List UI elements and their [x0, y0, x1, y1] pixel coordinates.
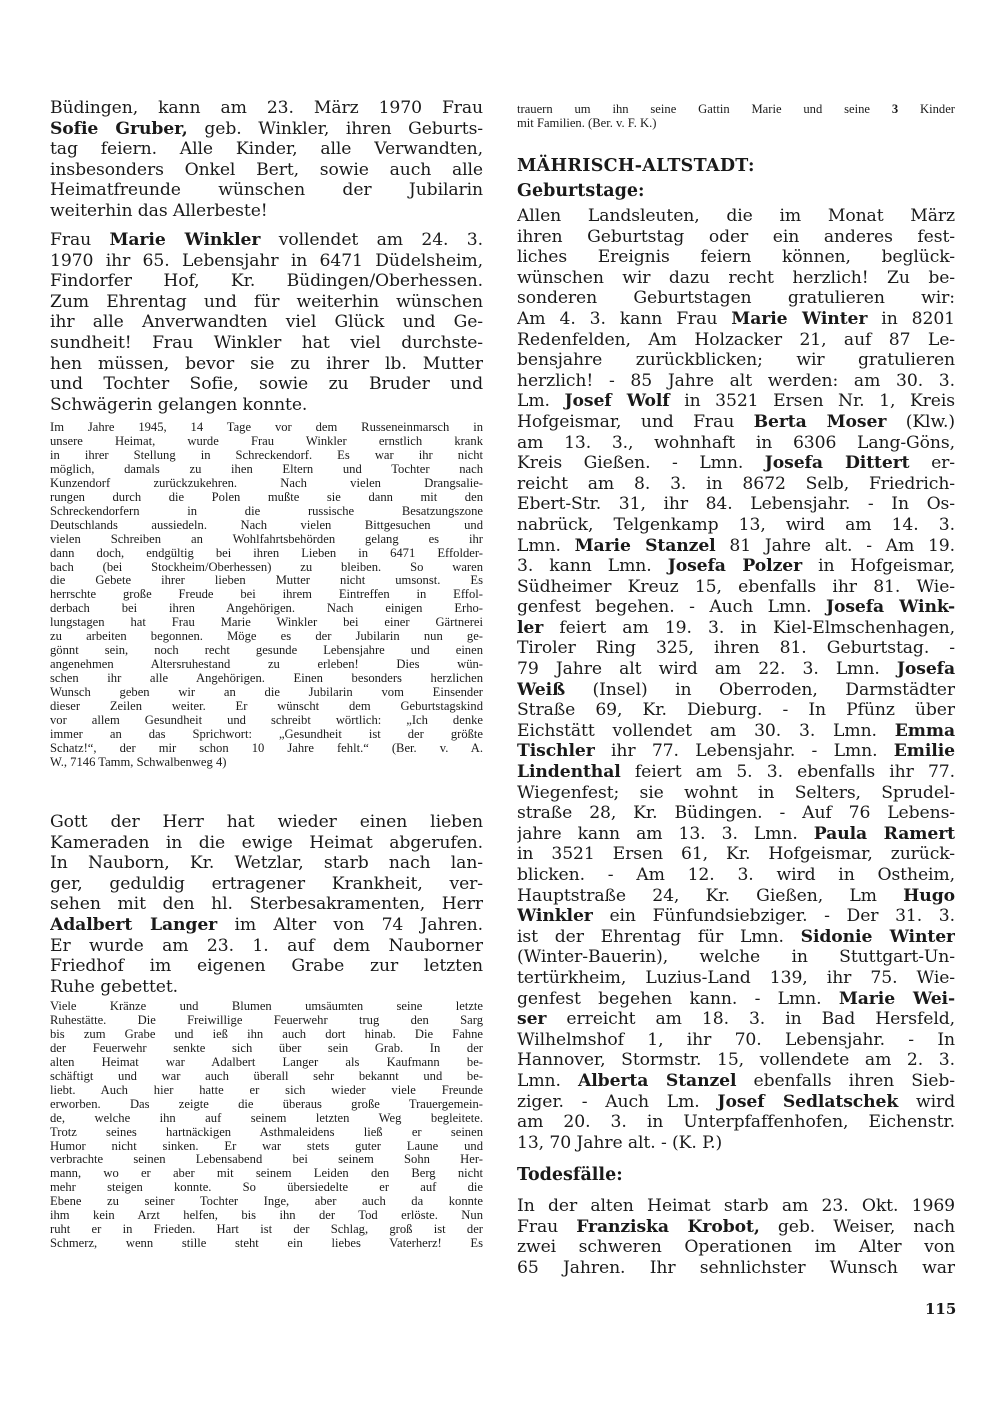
- bold-name: Alberta Stanzel: [578, 1071, 736, 1091]
- text-line: 3. kann Lmn. Josefa Polzer in Hofgeismar…: [517, 556, 955, 577]
- bold-name: Hugo: [903, 886, 955, 906]
- text-line: ziger. - Auch Lm. Josef Sedlatschek wird: [517, 1092, 955, 1113]
- text-line: nabrück, Telgenkamp 13, wird am 14. 3.: [517, 515, 955, 536]
- text-line: Friedhof im eigenen Grabe zur letzten: [50, 956, 483, 977]
- text-line: Wunsch geben wir an die Jubilarin vom Ei…: [50, 686, 483, 700]
- text-line: Ebert-Str. 31, ihr 84. Lebensjahr. - In …: [517, 494, 955, 515]
- text-line: Hauptstraße 24, Kr. Gießen, Lm Hugo: [517, 886, 955, 907]
- text-line: ger, geduldig ertragener Krankheit, ver-: [50, 874, 483, 895]
- text-line: Viele Kränze und Blumen umsäumten seine …: [50, 1000, 483, 1014]
- bold-name: Paula Ramert: [814, 824, 955, 844]
- bold-name: Josef Sedlatschek: [717, 1092, 898, 1112]
- text-line: ihren Geburtstag oder ein anderes fest-: [517, 227, 955, 248]
- text-line: zwei schweren Operationen im Alter von: [517, 1237, 955, 1258]
- text-line: tag feiern. Alle Kinder, alle Verwandten…: [50, 139, 483, 160]
- text-line: dieser Zeilen weiter. Er wünscht dem Geb…: [50, 700, 483, 714]
- text-line: blicken. - Am 12. 3. wird in Ostheim,: [517, 865, 955, 886]
- text-line: und Tochter Sofie, sowie zu Bruder und: [50, 374, 483, 395]
- text-line: 79 Jahre alt wird am 22. 3. Lmn. Josefa: [517, 659, 955, 680]
- text-line: Kunzendorf zurückzukehren. Nach vielen D…: [50, 477, 483, 491]
- bold-name: Berta Moser: [754, 412, 887, 432]
- text-line: ser erreicht am 18. 3. in Bad Hersfeld,: [517, 1009, 955, 1030]
- bold-name: Josefa Wink-: [826, 597, 955, 617]
- text-line: bis zum Grabe und ieß ihn auch dort hina…: [50, 1028, 483, 1042]
- text-line: trauern um ihn seine Gattin Marie und se…: [517, 103, 955, 117]
- text-line: Schmerz, wenn stille steht ein liebes Va…: [50, 1237, 483, 1251]
- text-line: wünschen wir dazu recht herzlich! Zu be-: [517, 268, 955, 289]
- text-line: Allen Landsleuten, die im Monat März: [517, 206, 955, 227]
- text-line: Tischler ihr 77. Lebensjahr. - Lmn. Emil…: [517, 741, 955, 762]
- bold-name: Franziska Krobot,: [576, 1217, 760, 1237]
- bold-name: Marie Winkler: [109, 230, 260, 250]
- text-line: herrschte große Freude bei ihrem Eintref…: [50, 588, 483, 602]
- bold-name: Weiß: [517, 680, 565, 700]
- text-line: am 20. 3. in Unterpfaffenhofen, Eichenst…: [517, 1112, 955, 1133]
- bold-name: Emma: [895, 721, 955, 741]
- text-line: Ruhe gebettet.: [50, 977, 483, 998]
- text-line: Redenfelden, Am Holzacker 21, auf 87 Le-: [517, 330, 955, 351]
- text-line: Lmn. Marie Stanzel 81 Jahre alt. - Am 19…: [517, 536, 955, 557]
- bold-name: ler: [517, 618, 543, 638]
- text-line: erworben. Das zeigte die überaus große T…: [50, 1098, 483, 1112]
- text-line: ihm kein Arzt helfen, bis ihn der Tod er…: [50, 1209, 483, 1223]
- text-line: rungen durch die Polen mußte sie dann mi…: [50, 491, 483, 505]
- text-line: Lindenthal feiert am 5. 3. ebenfalls ihr…: [517, 762, 955, 783]
- text-line: Ruhestätte. Die Freiwillige Feuerwehr tr…: [50, 1014, 483, 1028]
- text-line: Schatz!“, der mir schon 10 Jahre fehlt.“…: [50, 742, 483, 756]
- text-line: alten Heimat war Adalbert Langer als Kau…: [50, 1056, 483, 1070]
- bold-name: 3: [892, 103, 898, 116]
- paragraph-sofie-gruber: Büdingen, kann am 23. März 1970 FrauSofi…: [50, 98, 483, 222]
- text-line: Heimatfreunde wünschen der Jubilarin: [50, 180, 483, 201]
- bold-name: Josefa: [897, 659, 955, 679]
- bold-name: Sidonie Winter: [801, 927, 955, 947]
- paragraph-marie-winkler-story: Im Jahre 1945, 14 Tage vor dem Russenein…: [50, 421, 483, 770]
- bold-name: Josefa Polzer: [668, 556, 802, 576]
- text-line: Sofie Gruber, geb. Winkler, ihren Geburt…: [50, 119, 483, 140]
- text-line: herzlich! - 85 Jahre alt werden: am 30. …: [517, 371, 955, 392]
- text-line: derbach bei ihren Angehörigen. Nach eini…: [50, 602, 483, 616]
- text-line: ler feiert am 19. 3. in Kiel-Elmschenhag…: [517, 618, 955, 639]
- text-line: unsere Heimat, wurde Frau Winkler ernstl…: [50, 435, 483, 449]
- text-line: zu arbeiten begonnen. Möge es der Jubila…: [50, 630, 483, 644]
- text-line: ruht er in Frieden. Hart ist der Schlag,…: [50, 1223, 483, 1237]
- text-line: Findorfer Hof, Kr. Büdingen/Oberhessen.: [50, 271, 483, 292]
- paragraph-adalbert-langer-obituary: Gott der Herr hat wieder einen liebenKam…: [50, 812, 483, 997]
- text-line: in ihrer Stellung in Schreckendorf. Es w…: [50, 449, 483, 463]
- text-line: liebt. Auch hier hatte er sich wieder vi…: [50, 1084, 483, 1098]
- text-line: Straße 69, Kr. Dieburg. - In Pfünz über: [517, 700, 955, 721]
- text-line: liches Ereignis feiern können, beglück-: [517, 247, 955, 268]
- text-line: möglich, damals zu ihen Eltern und Tocht…: [50, 463, 483, 477]
- bold-name: Adalbert Langer: [50, 915, 217, 935]
- text-line: genfest begehen kann. - Lmn. Marie Wei-: [517, 989, 955, 1010]
- bold-name: Marie Stanzel: [575, 536, 716, 556]
- page-number: 115: [925, 1300, 956, 1318]
- text-line: schäftigt und war auch überall sehr beka…: [50, 1070, 483, 1084]
- paragraph-franziska-krobot: In der alten Heimat starb am 23. Okt. 19…: [517, 1196, 955, 1278]
- text-line: dann doch, endgültig bei ihren Lieben in…: [50, 547, 483, 561]
- text-line: Adalbert Langer im Alter von 74 Jahren.: [50, 915, 483, 936]
- bold-name: Sofie Gruber,: [50, 119, 188, 139]
- bold-name: Lindenthal: [517, 762, 621, 782]
- text-line: Schwägerin gelangen konnte.: [50, 395, 483, 416]
- text-line: gönnt sein, noch recht gesunde Lebensjah…: [50, 644, 483, 658]
- text-line: de, welche ihn auf seinem letzten Weg be…: [50, 1112, 483, 1126]
- bold-name: ser: [517, 1009, 546, 1029]
- text-line: Frau Marie Winkler vollendet am 24. 3.: [50, 230, 483, 251]
- text-line: lungstagen hat Frau Marie Winkler bei ei…: [50, 616, 483, 630]
- text-line: 13, 70 Jahre alt. - (K. P.): [517, 1133, 955, 1154]
- text-line: jahre kann am 13. 3. Lmn. Paula Ramert: [517, 824, 955, 845]
- bold-name: Marie Winter: [731, 309, 867, 329]
- text-line: in 3521 Ersen 61, Kr. Hofgeismar, zurück…: [517, 844, 955, 865]
- text-line: vor allem Gesundheit und schreibt wörtli…: [50, 714, 483, 728]
- text-line: am 13. 3., wohnhaft in 6306 Lang-Göns,: [517, 433, 955, 454]
- text-line: bensjahre zurückblicken; wir gratulieren: [517, 350, 955, 371]
- text-line: In der alten Heimat starb am 23. Okt. 19…: [517, 1196, 955, 1217]
- text-line: Im Jahre 1945, 14 Tage vor dem Russenein…: [50, 421, 483, 435]
- text-line: Wilhelmshof 1, ihr 70. Lebensjahr. - In: [517, 1030, 955, 1051]
- text-line: Eichstätt vollendet am 30. 3. Lmn. Emma: [517, 721, 955, 742]
- text-line: reicht am 8. 3. in 8672 Selb, Friedrich-: [517, 474, 955, 495]
- text-line: Hofgeismar, und Frau Berta Moser (Klw.): [517, 412, 955, 433]
- text-line: Humor nicht sinken. Er war stets guter L…: [50, 1140, 483, 1154]
- bold-name: Tischler: [517, 741, 595, 761]
- text-line: Südheimer Kreuz 15, ebenfalls ihr 81. Wi…: [517, 577, 955, 598]
- text-line: schen ihr alle Angehörigen. Einen besond…: [50, 672, 483, 686]
- text-line: Lmn. Alberta Stanzel ebenfalls ihren Sie…: [517, 1071, 955, 1092]
- text-line: 1970 ihr 65. Lebensjahr in 6471 Düdelshe…: [50, 251, 483, 272]
- text-line: Ebene zu seiner Tochter Inge, aber auch …: [50, 1195, 483, 1209]
- text-line: Schreckendorfern in die russische Besatz…: [50, 505, 483, 519]
- text-line: Winkler ein Fünfundsiebziger. - Der 31. …: [517, 906, 955, 927]
- text-line: Deutschlands aussiedeln. Nach vielen Bit…: [50, 519, 483, 533]
- text-line: Zum Ehrentag und für weiterhin wünschen: [50, 292, 483, 313]
- text-line: In Nauborn, Kr. Wetzlar, starb nach lan-: [50, 853, 483, 874]
- paragraph-birthdays: Allen Landsleuten, die im Monat Märzihre…: [517, 206, 955, 1153]
- text-line: ihr alle Anverwandten viel Glück und Ge-: [50, 312, 483, 333]
- text-line: Kameraden in die ewige Heimat abgerufen.: [50, 833, 483, 854]
- text-line: ist der Ehrentag für Lmn. Sidonie Winter: [517, 927, 955, 948]
- text-line: Trotz seines hartnäckigen Asthmaleidens …: [50, 1126, 483, 1140]
- subheading-birthdays: Geburtstage:: [517, 181, 955, 201]
- bold-name: Josefa Dittert: [765, 453, 910, 473]
- text-line: (Winter-Bauerin), welche in Stuttgart-Un…: [517, 947, 955, 968]
- text-line: weiterhin das Allerbeste!: [50, 201, 483, 222]
- text-line: Tiroler Ring 325, ihren 81. Geburtstag. …: [517, 638, 955, 659]
- text-line: hen müssen, bevor sie zu ihrer lb. Mutte…: [50, 354, 483, 375]
- text-line: Hannover, Stormstr. 15, vollendete am 2.…: [517, 1050, 955, 1071]
- text-line: genfest begehen. - Auch Lmn. Josefa Wink…: [517, 597, 955, 618]
- text-line: Büdingen, kann am 23. März 1970 Frau: [50, 98, 483, 119]
- text-line: bach (bei Stockheim/Oberhessen) zu bleib…: [50, 561, 483, 575]
- text-line: Lm. Josef Wolf in 3521 Ersen Nr. 1, Krei…: [517, 391, 955, 412]
- text-line: Weiß (Insel) in Oberroden, Darmstädter: [517, 680, 955, 701]
- text-line: Am 4. 3. kann Frau Marie Winter in 8201: [517, 309, 955, 330]
- text-line: Kreis Gießen. - Lmn. Josefa Dittert er-: [517, 453, 955, 474]
- text-line: Wiegenfest; sie wohnt in Selters, Sprude…: [517, 783, 955, 804]
- text-line: 65 Jahren. Ihr sehnlichster Wunsch war: [517, 1258, 955, 1279]
- text-line: Frau Franziska Krobot, geb. Weiser, nach: [517, 1217, 955, 1238]
- text-line: immer an das Sprichwort: „Gesundheit ist…: [50, 728, 483, 742]
- paragraph-mourners: trauern um ihn seine Gattin Marie und se…: [517, 103, 955, 131]
- paragraph-marie-winkler: Frau Marie Winkler vollendet am 24. 3.19…: [50, 230, 483, 415]
- text-line: sehen mit den hl. Sterbesakramenten, Her…: [50, 894, 483, 915]
- text-line: tertürkheim, Luzius-Land 139, ihr 75. Wi…: [517, 968, 955, 989]
- text-line: sonderen Geburtstagen gratulieren wir:: [517, 288, 955, 309]
- text-line: die Gebete ihrer lieben Mutter nicht ums…: [50, 574, 483, 588]
- text-line: vielen Schreiben an Wohlfahrtsbehörden g…: [50, 533, 483, 547]
- text-line: der Feuerwehr senkte sich über sein Grab…: [50, 1042, 483, 1056]
- bold-name: Marie Wei-: [839, 989, 955, 1009]
- text-line: mann, wo er aber mit seinem Leiden den B…: [50, 1167, 483, 1181]
- text-line: mehr steigen konnte. So übersiedelte er …: [50, 1181, 483, 1195]
- text-line: verbrachte seinen Lebensabend bei seinem…: [50, 1153, 483, 1167]
- text-line: angenehmen Altersruhestand zu erleben! D…: [50, 658, 483, 672]
- text-line: Er wurde am 23. 1. auf dem Nauborner: [50, 936, 483, 957]
- paragraph-adalbert-langer-details: Viele Kränze und Blumen umsäumten seine …: [50, 1000, 483, 1251]
- text-line: straße 28, Kr. Büdingen. - Auf 76 Lebens…: [517, 803, 955, 824]
- bold-name: Winkler: [517, 906, 593, 926]
- text-line: sundheit! Frau Winkler hat viel durchste…: [50, 333, 483, 354]
- text-line: mit Familien. (Ber. v. F. K.): [517, 117, 955, 131]
- text-line: Gott der Herr hat wieder einen lieben: [50, 812, 483, 833]
- text-line: insbesonders Onkel Bert, sowie auch alle: [50, 160, 483, 181]
- section-heading-maehrisch-altstadt: MÄHRISCH-ALTSTADT:: [517, 156, 955, 176]
- bold-name: Emilie: [894, 741, 955, 761]
- text-line: W., 7146 Tamm, Schwalbenweg 4): [50, 756, 483, 770]
- subheading-deaths: Todesfälle:: [517, 1165, 955, 1185]
- bold-name: Josef Wolf: [564, 391, 669, 411]
